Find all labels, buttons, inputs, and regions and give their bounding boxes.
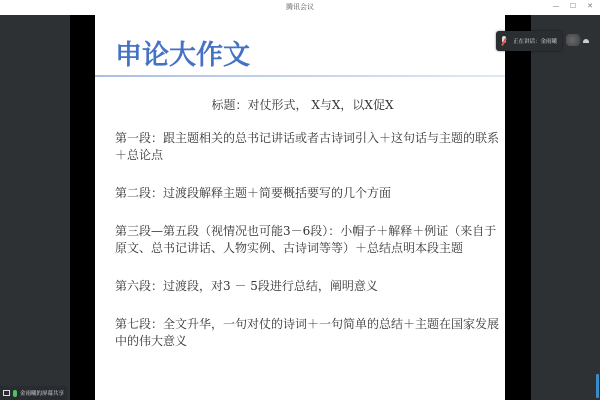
paragraph-3-5: 第三段—第五段（视情况也可能3－6段）：小帽子＋解释＋例证（来自于原文、总书记讲… (115, 223, 500, 257)
slide-body: 标题：对仗形式， X与X，以X促X 第一段：跟主题相关的总书记讲话或者古诗词引入… (115, 97, 500, 371)
speaking-text: 正在讲话：金雨曦 (513, 37, 557, 45)
title-divider (95, 75, 505, 77)
participant-icon[interactable] (583, 38, 589, 43)
paragraph-7: 第七段：全文升华，一句对仗的诗词＋一句简单的总结＋主题在国家发展中的伟大意义 (115, 316, 500, 350)
minimize-icon[interactable]: — (552, 2, 560, 11)
muted-microphone-icon (501, 36, 507, 46)
screen-share-icon (3, 390, 10, 396)
slide-title: 申论大作文 (115, 33, 250, 72)
microphone-icon (13, 390, 17, 397)
shared-slide: 申论大作文 标题：对仗形式， X与X，以X促X 第一段：跟主题相关的总书记讲话或… (95, 15, 505, 400)
title-bar: 腾讯会议 — ☐ ✕ (0, 0, 600, 15)
paragraph-6: 第六段：过渡段，对3 － 5段进行总结，阐明意义 (115, 278, 500, 295)
close-icon[interactable]: ✕ (586, 2, 594, 11)
paragraph-2: 第二段：过渡段解释主题＋简要概括要写的几个方面 (115, 185, 500, 202)
meeting-stage: 申论大作文 标题：对仗形式， X与X，以X促X 第一段：跟主题相关的总书记讲话或… (0, 15, 600, 400)
avatar (566, 34, 582, 46)
left-panel (0, 15, 70, 400)
screen-share-label: 金雨曦的屏幕共享 (0, 386, 67, 400)
screen-share-text: 金雨曦的屏幕共享 (20, 389, 64, 397)
scrollbar[interactable] (596, 374, 599, 398)
right-panel (531, 15, 600, 400)
speaking-indicator: 正在讲话：金雨曦 (496, 31, 562, 51)
maximize-icon[interactable]: ☐ (569, 2, 577, 11)
paragraph-1: 第一段：跟主题相关的总书记讲话或者古诗词引入＋这句话与主题的联系＋总论点 (115, 130, 500, 164)
window-title: 腾讯会议 (0, 2, 600, 12)
window-controls: — ☐ ✕ (552, 2, 594, 11)
slide-subtitle: 标题：对仗形式， X与X，以X促X (115, 97, 500, 114)
